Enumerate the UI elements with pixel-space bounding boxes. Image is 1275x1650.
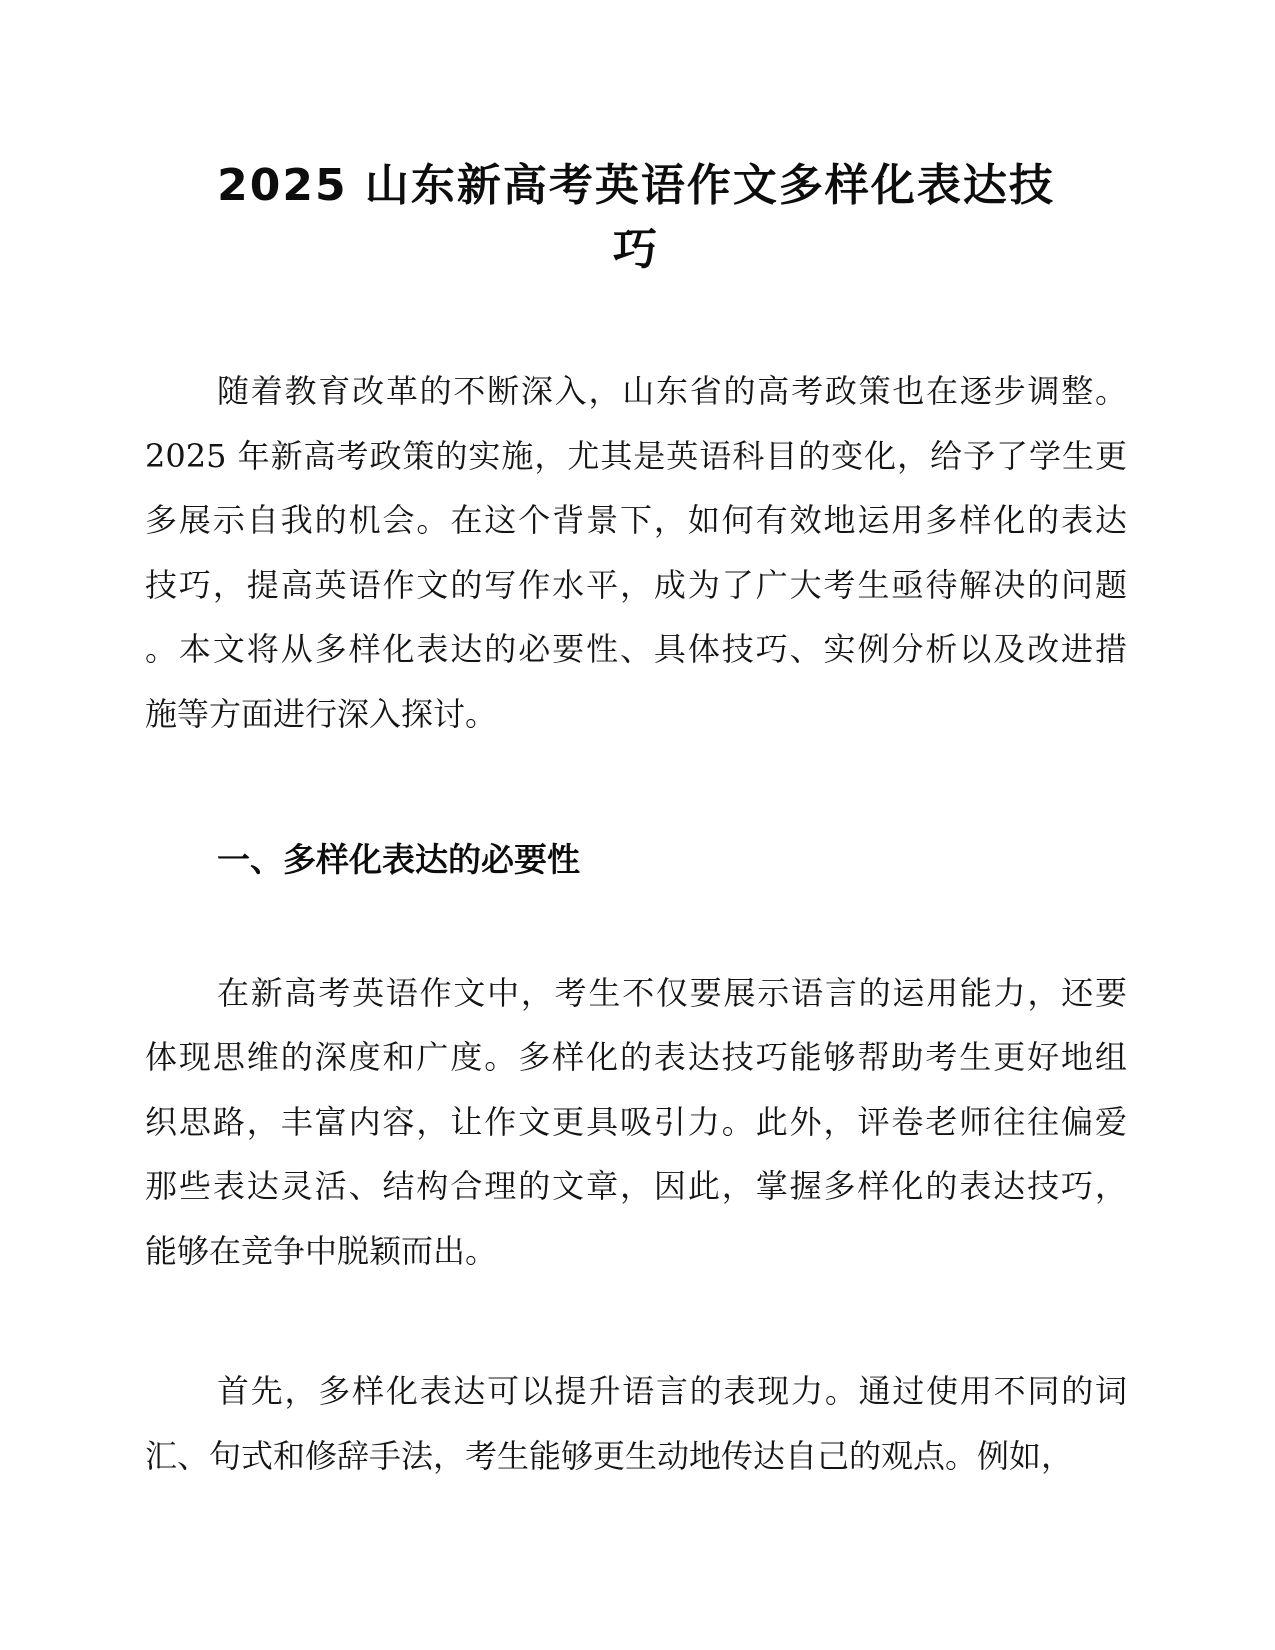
section-heading-text: 一、多样化表达的必要性 bbox=[145, 828, 1127, 893]
paragraph: 随着教育改革的不断深入，山东省的高考政策也在逐步调整。2025 年新高考政策的实… bbox=[145, 359, 1127, 746]
document-content: 2025 山东新高考英语作文多样化表达技 巧 随着教育改革的不断深入，山东省的高… bbox=[145, 0, 1127, 1488]
text-line: 随着教育改革的不断深入，山东省的高考政策也在逐步调整。 bbox=[145, 359, 1127, 424]
text-line: 施等方面进行深入探讨。 bbox=[145, 682, 1127, 747]
text-line: 多展示自我的机会。在这个背景下，如何有效地运用多样化的表达 bbox=[145, 488, 1127, 553]
text-line: 首先，多样化表达可以提升语言的表现力。通过使用不同的词 bbox=[145, 1359, 1127, 1424]
text-line: 在新高考英语作文中，考生不仅要展示语言的运用能力，还要 bbox=[145, 961, 1127, 1026]
document-title-line-2: 巧 bbox=[145, 218, 1127, 282]
document-title: 2025 山东新高考英语作文多样化表达技 巧 bbox=[145, 154, 1127, 282]
text-line: 能够在竞争中脱颖而出。 bbox=[145, 1219, 1127, 1284]
paragraph: 在新高考英语作文中，考生不仅要展示语言的运用能力，还要体现思维的深度和广度。多样… bbox=[145, 961, 1127, 1284]
document-title-line-1: 2025 山东新高考英语作文多样化表达技 bbox=[145, 154, 1127, 218]
text-line: 体现思维的深度和广度。多样化的表达技巧能够帮助考生更好地组 bbox=[145, 1025, 1127, 1090]
text-line: 织思路，丰富内容，让作文更具吸引力。此外，评卷老师往往偏爱 bbox=[145, 1090, 1127, 1155]
paragraph: 首先，多样化表达可以提升语言的表现力。通过使用不同的词汇、句式和修辞手法，考生能… bbox=[145, 1359, 1127, 1488]
text-line: 那些表达灵活、结构合理的文章，因此，掌握多样化的表达技巧， bbox=[145, 1154, 1127, 1219]
text-line: 2025 年新高考政策的实施，尤其是英语科目的变化，给予了学生更 bbox=[145, 424, 1127, 489]
text-line: 汇、句式和修辞手法，考生能够更生动地传达自己的观点。例如， bbox=[145, 1424, 1127, 1489]
document-page: 2025 山东新高考英语作文多样化表达技 巧 随着教育改革的不断深入，山东省的高… bbox=[0, 0, 1275, 1650]
document-body: 随着教育改革的不断深入，山东省的高考政策也在逐步调整。2025 年新高考政策的实… bbox=[145, 359, 1127, 1488]
section-heading: 一、多样化表达的必要性 bbox=[145, 828, 1127, 893]
text-line: 。本文将从多样化表达的必要性、具体技巧、实例分析以及改进措 bbox=[145, 617, 1127, 682]
text-line: 技巧，提高英语作文的写作水平，成为了广大考生亟待解决的问题 bbox=[145, 553, 1127, 618]
